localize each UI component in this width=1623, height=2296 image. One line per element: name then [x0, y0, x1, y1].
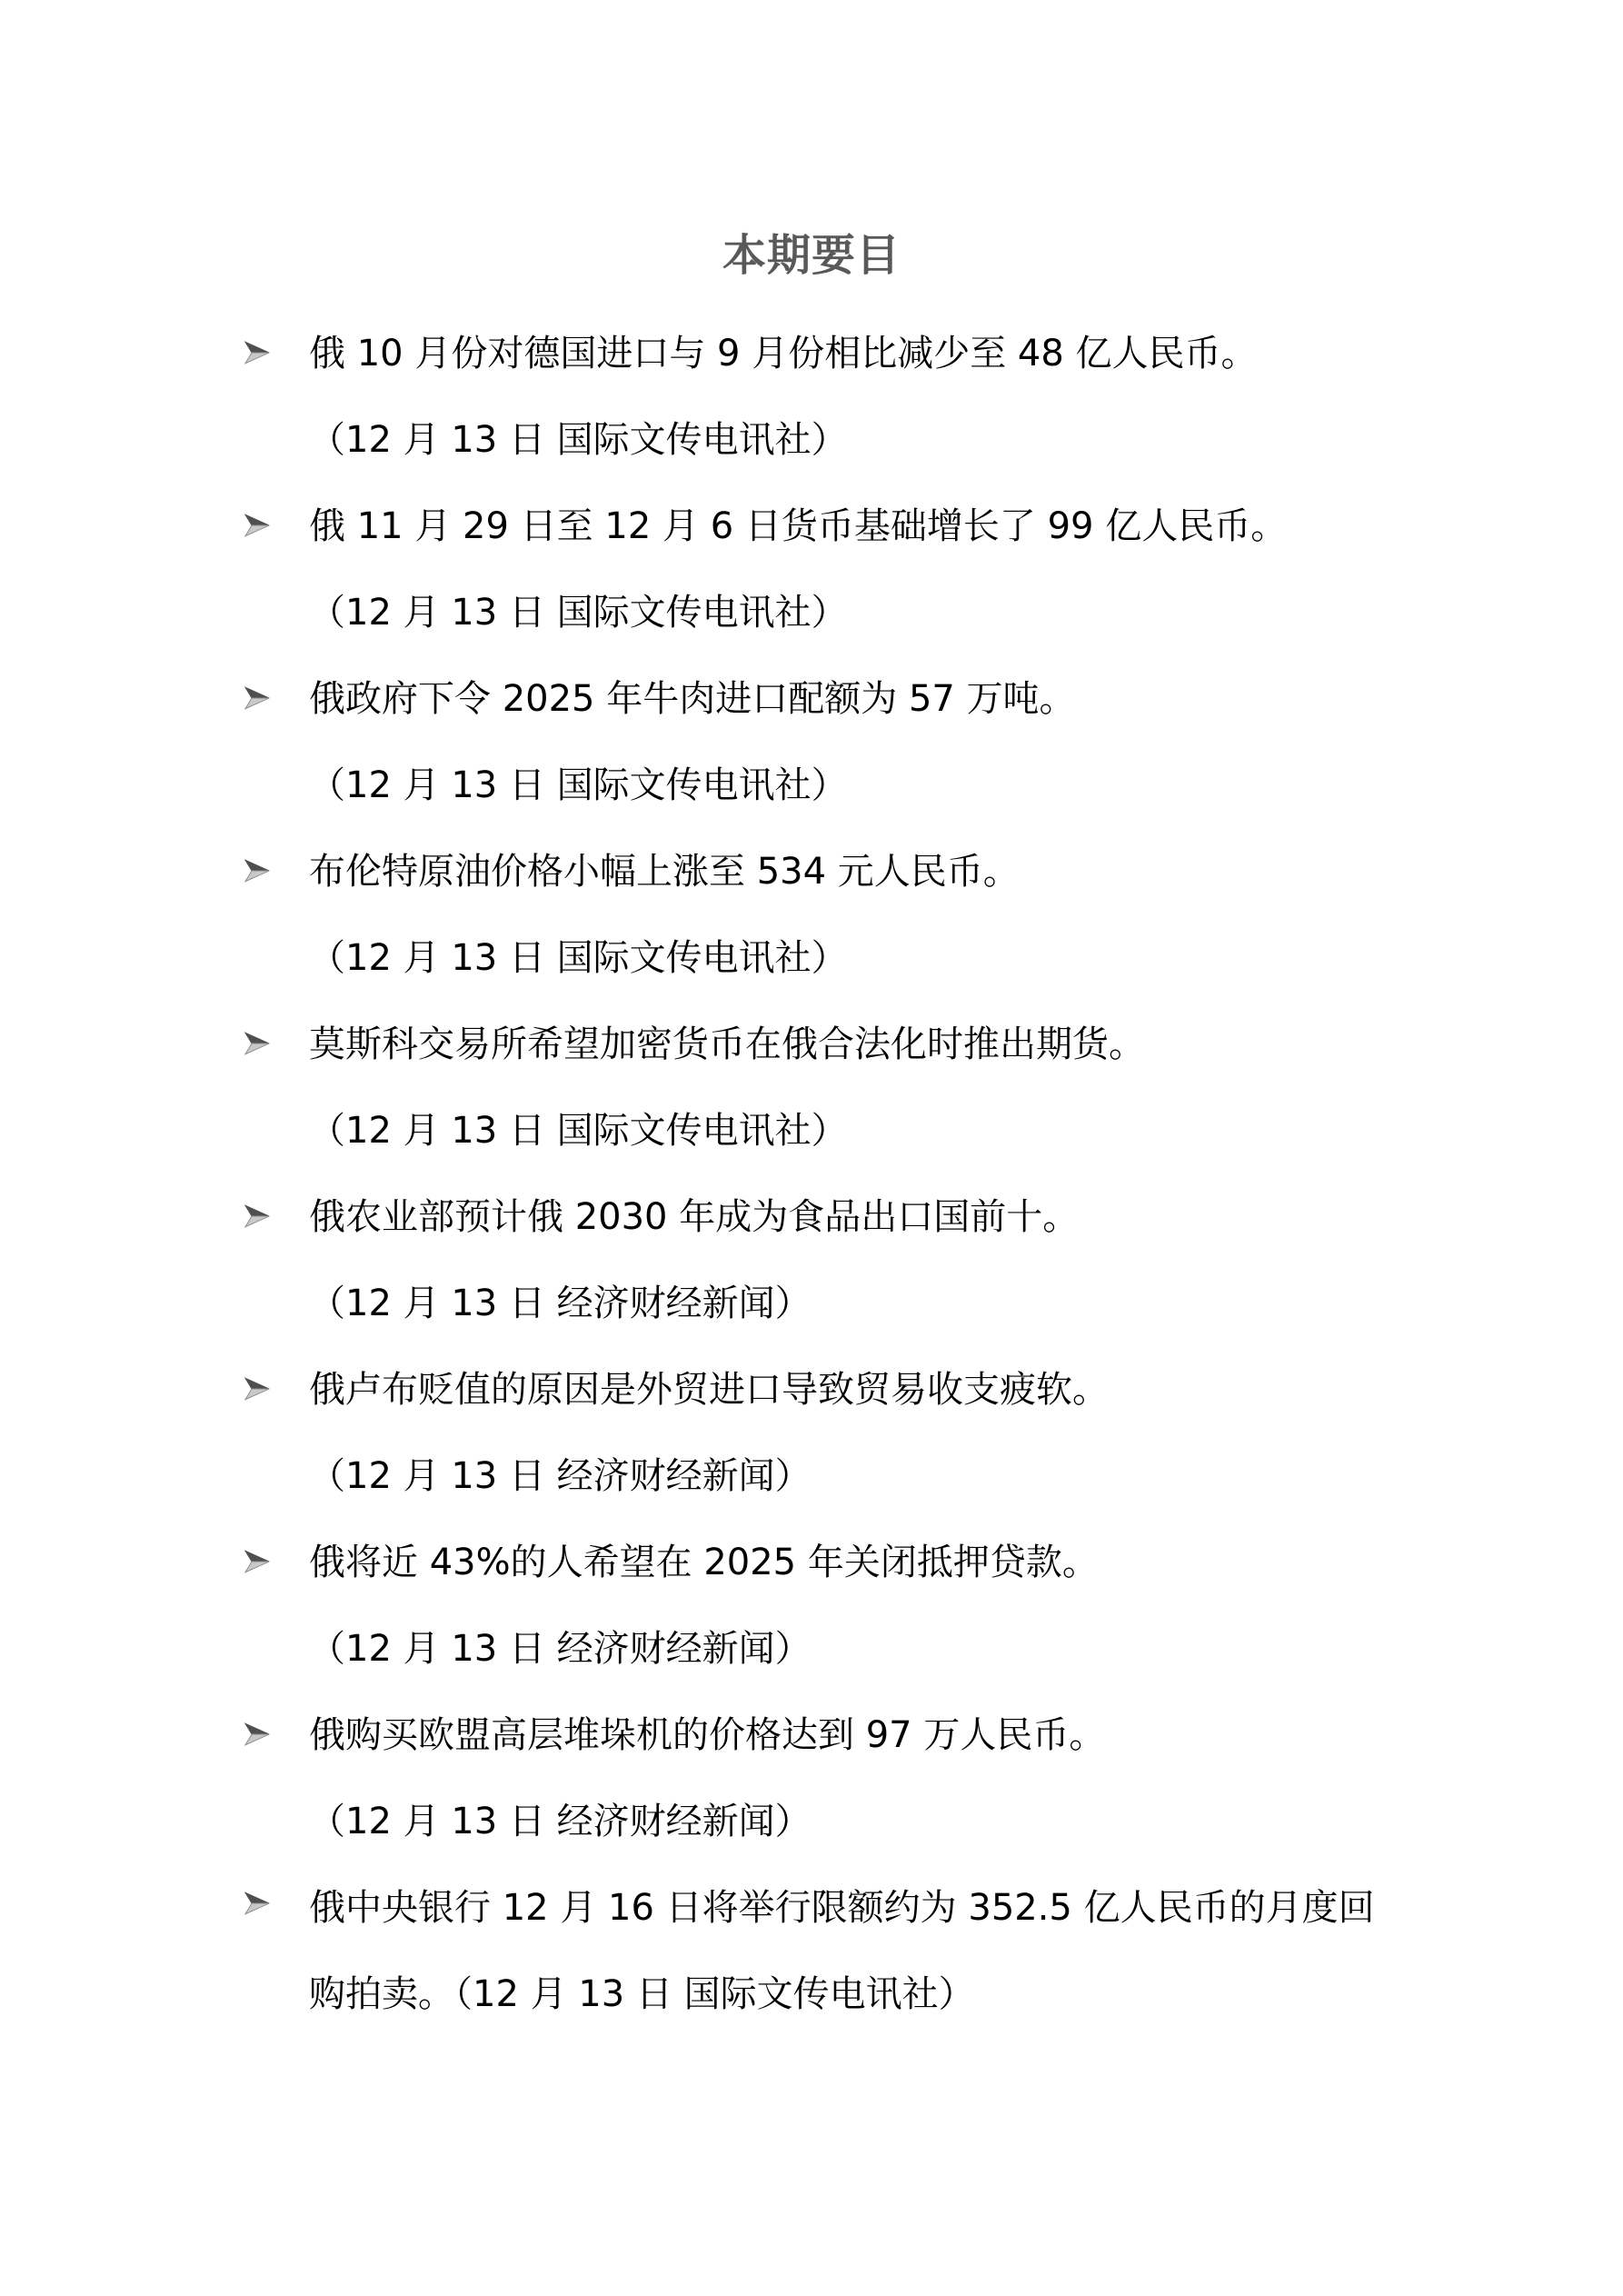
arrowhead-bullet-icon: [244, 1031, 309, 1056]
item-headline: 俄农业部预计俄 2030 年成为食品出口国前十。: [309, 1196, 1079, 1238]
list-item: 俄政府下令 2025 年牛肉进口配额为 57 万吨。 （12 月 13 日 国际…: [0, 656, 1623, 829]
list-item: 俄将近 43%的人希望在 2025 年关闭抵押贷款。 （12 月 13 日 经济…: [0, 1520, 1623, 1692]
item-source: （12 月 13 日 国际文传电讯社）: [454, 1973, 975, 2015]
arrowhead-bullet-icon: [244, 513, 309, 538]
item-paragraph: 俄中央银行 12 月 16 日将举行限额约为 352.5 亿人民币的月度回购拍卖…: [309, 1865, 1386, 2038]
item-headline: 俄将近 43%的人希望在 2025 年关闭抵押贷款。: [309, 1542, 1099, 1583]
item-source: （12 月 13 日 国际文传电讯社）: [0, 570, 1623, 656]
item-source: （12 月 13 日 国际文传电讯社）: [0, 1088, 1623, 1174]
item-source: （12 月 13 日 经济财经新闻）: [0, 1606, 1623, 1692]
item-headline: 俄卢布贬值的原因是外贸进口导致贸易收支疲软。: [309, 1369, 1109, 1411]
item-source: （12 月 13 日 国际文传电讯社）: [0, 397, 1623, 484]
arrowhead-bullet-icon: [244, 340, 309, 365]
item-headline: 俄 10 月份对德国进口与 9 月份相比减少至 48 亿人民币。: [309, 333, 1258, 374]
item-headline: 布伦特原油价格小幅上涨至 534 元人民币。: [309, 851, 1020, 893]
item-source: （12 月 13 日 经济财经新闻）: [0, 1779, 1623, 1865]
item-headline: 莫斯科交易所希望加密货币在俄合法化时推出期货。: [309, 1023, 1145, 1065]
list-item: 俄卢布贬值的原因是外贸进口导致贸易收支疲软。 （12 月 13 日 经济财经新闻…: [0, 1347, 1623, 1520]
list-item: 俄农业部预计俄 2030 年成为食品出口国前十。 （12 月 13 日 经济财经…: [0, 1174, 1623, 1347]
page-title: 本期要目: [0, 0, 1623, 284]
arrowhead-bullet-icon: [244, 1203, 309, 1229]
arrowhead-bullet-icon: [244, 1549, 309, 1574]
document-page: 本期要目 俄 10 月份对德国进口与 9 月份相比减少至 48 亿人民币。 （1…: [0, 0, 1623, 2296]
list-item: 布伦特原油价格小幅上涨至 534 元人民币。 （12 月 13 日 国际文传电讯…: [0, 829, 1623, 1002]
arrowhead-bullet-icon: [244, 1891, 274, 1916]
arrowhead-bullet-icon: [244, 858, 309, 883]
item-headline: 俄 11 月 29 日至 12 月 6 日货币基础增长了 99 亿人民币。: [309, 505, 1287, 547]
item-source: （12 月 13 日 国际文传电讯社）: [0, 915, 1623, 1002]
list-item: 俄购买欧盟高层堆垛机的价格达到 97 万人民币。 （12 月 13 日 经济财经…: [0, 1692, 1623, 1865]
highlights-list: 俄 10 月份对德国进口与 9 月份相比减少至 48 亿人民币。 （12 月 1…: [0, 311, 1623, 2038]
item-headline: 俄购买欧盟高层堆垛机的价格达到 97 万人民币。: [309, 1714, 1105, 1756]
item-headline: 俄政府下令 2025 年牛肉进口配额为 57 万吨。: [309, 678, 1076, 720]
item-source: （12 月 13 日 国际文传电讯社）: [0, 743, 1623, 829]
list-item: 俄 10 月份对德国进口与 9 月份相比减少至 48 亿人民币。 （12 月 1…: [0, 311, 1623, 484]
list-item: 俄 11 月 29 日至 12 月 6 日货币基础增长了 99 亿人民币。 （1…: [0, 484, 1623, 656]
item-source: （12 月 13 日 经济财经新闻）: [0, 1433, 1623, 1520]
arrowhead-bullet-icon: [244, 1376, 309, 1402]
arrowhead-bullet-icon: [244, 685, 309, 711]
list-item: 俄中央银行 12 月 16 日将举行限额约为 352.5 亿人民币的月度回购拍卖…: [0, 1865, 1623, 2038]
arrowhead-bullet-icon: [244, 1722, 309, 1747]
list-item: 莫斯科交易所希望加密货币在俄合法化时推出期货。 （12 月 13 日 国际文传电…: [0, 1002, 1623, 1174]
item-source: （12 月 13 日 经济财经新闻）: [0, 1261, 1623, 1347]
